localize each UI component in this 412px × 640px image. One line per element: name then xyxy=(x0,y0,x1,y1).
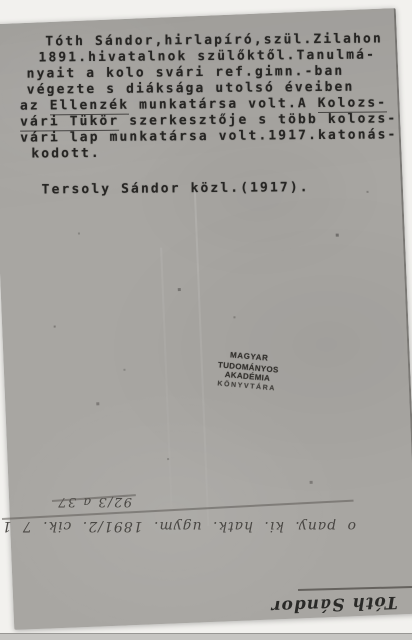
handwritten-note-line-long: o pany. ki. hatk. ugym. 1891/2. cik. 7 1 xyxy=(1,518,356,534)
photo-scan: Tóth Sándor,hirlapíró,szül.Zilahon 1891.… xyxy=(0,0,412,640)
typed-segment: munkatársa volt.A xyxy=(129,96,318,113)
bottom-page-edge xyxy=(0,633,412,640)
handwritten-note-upside-down: o pany. ki. hatk. ugym. 1891/2. cik. 7 1… xyxy=(2,484,358,538)
typed-segment: az xyxy=(20,98,50,113)
typed-segment: szerkesztője s több kolozs- xyxy=(119,111,397,128)
typed-credit-line: Tersoly Sándor közl.(1917). xyxy=(42,180,310,197)
underlined-title-kolozs: Kolozs- xyxy=(318,95,388,113)
paper-crease xyxy=(160,248,172,508)
typed-line-8: kodott. xyxy=(31,146,101,162)
typed-line-5: az Ellenzék munkatársa volt.A Kolozs- xyxy=(20,95,387,113)
typed-line-4: végezte s diáksága utolsó éveiben xyxy=(27,80,355,98)
underlined-title-ellenzek: Ellenzék xyxy=(50,98,130,116)
typed-text-block: Tóth Sándor,hirlapíró,szül.Zilahon 1891.… xyxy=(0,0,412,2)
typed-line-2: 1891.hivatalnok szülőktől.Tanulmá- xyxy=(38,48,376,66)
typed-line-1: Tóth Sándor,hirlapíró,szül.Zilahon xyxy=(45,31,383,49)
typed-line-3: nyait a kolo svári ref.gimn.-ban xyxy=(27,64,345,82)
